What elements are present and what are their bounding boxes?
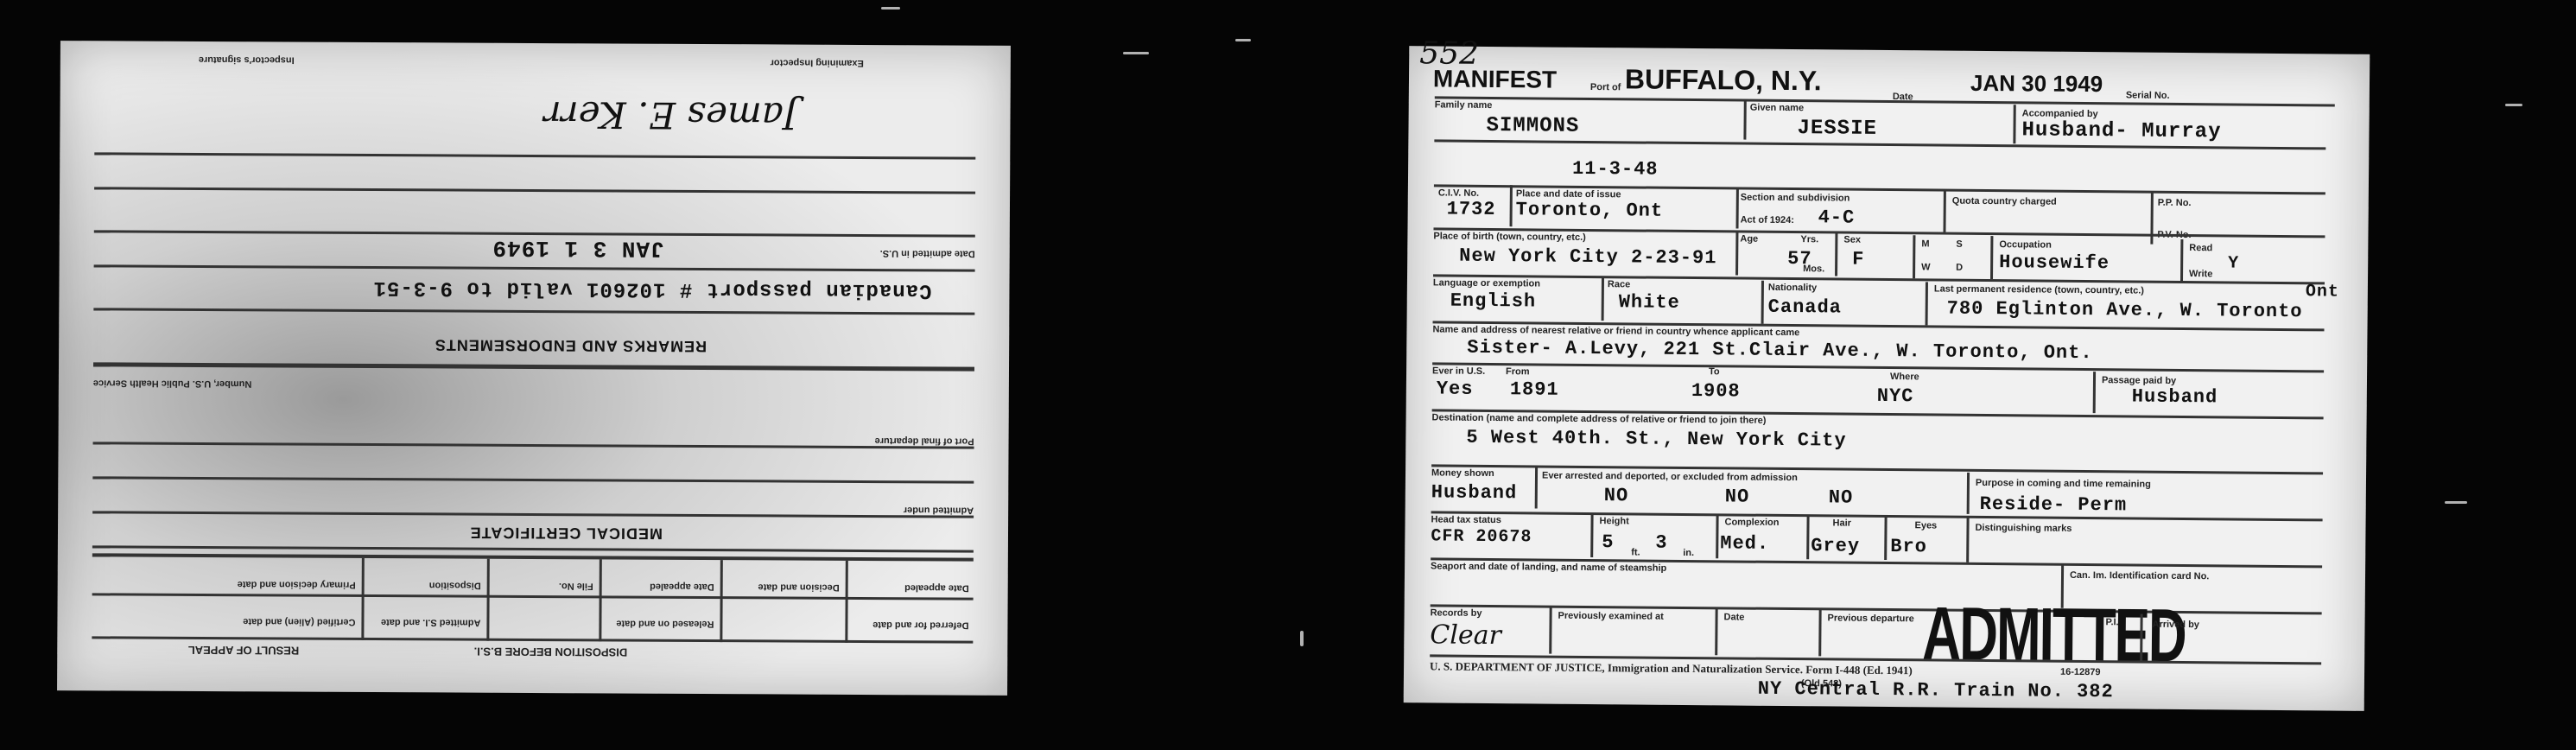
civ-no: 1732 [1447,199,1496,220]
mos-label: Mos. [1803,264,1824,274]
from-label: From [1506,366,1530,377]
arrested-label: Ever arrested and deported, or excluded … [1542,471,1798,484]
rule-line [93,442,974,448]
col-divider [1761,281,1764,324]
where-value: NYC [1877,385,1914,407]
money-value: Husband [1431,481,1518,504]
arrested-value-1: NO [1604,485,1629,506]
act-label: Act of 1924: [1741,215,1794,226]
sex-label: Sex [1843,235,1861,245]
col-divider [1818,609,1821,656]
head-tax-value: CFR 20678 [1431,526,1532,547]
admitted-stamp-date: JAN 3 1 1949 [492,235,663,262]
col-divider [1715,608,1717,655]
in-label: in. [1683,548,1694,558]
residence-overflow: Ont [2306,282,2339,302]
col-divider [1990,236,1993,279]
col-divider [1967,473,1970,514]
passage-value: Husband [2132,385,2218,408]
medical-row2: Certified (Alien) and date [243,616,355,627]
pi-label: P.I. [2105,617,2118,627]
date-value: JAN 30 1949 [1970,70,2103,98]
to-label: To [1709,366,1720,377]
eyes-value: Bro [1890,536,1927,557]
accompanied-by: Husband- Murray [2021,118,2221,143]
medical-row2: Deferred for and date [872,620,968,631]
pp-label: P.P. No. [2158,198,2192,208]
to-value: 1908 [1691,380,1741,402]
race-value: White [1619,291,1680,314]
medical-row2: Released on and date [616,619,714,630]
occupation-label: Occupation [1999,239,2052,251]
col-divider [1590,514,1593,557]
prev-date-label: Date [1724,612,1745,622]
residence-value: 780 Eglinton Ave., W. Toronto [1947,298,2303,323]
film-speck [2505,104,2522,106]
col-divider [1602,277,1604,321]
where-label: Where [1890,372,1919,382]
col-divider [1884,517,1887,560]
yrs-label: Yrs. [1800,234,1818,245]
medical-col: Decision and date [758,582,840,592]
col-divider [2093,372,2096,413]
sex-value: F [1852,249,1864,270]
money-label: Money shown [1431,467,1494,479]
complexion-value: Med. [1720,532,1769,554]
col-divider [1743,101,1746,140]
quota-label: Quota country charged [1952,196,2057,207]
col-divider [2013,105,2015,143]
medical-col: File No. [559,581,593,591]
marital-s: S [1956,239,1962,250]
read-write-value: Y [2228,253,2239,273]
rule-line [94,264,975,271]
col-divider [1716,515,1718,558]
section-value: 4-C [1818,207,1856,228]
marital-d: D [1956,263,1963,273]
place-issue: Toronto, Ont [1516,199,1664,221]
col-divider [1735,232,1738,275]
rule-line [92,593,974,600]
serial-label: Serial No. [2126,90,2170,100]
col-divider [1913,235,1915,278]
col-divider [1966,518,1969,562]
ever-in-us-value: Yes [1437,378,1474,399]
purpose-value: Reside- Perm [1980,493,2128,516]
inspector-signature-label: Inspector's signature [199,54,295,66]
visa-date: 11-3-48 [1572,158,1659,181]
destination-label: Destination (name and complete address o… [1432,412,1767,425]
prev-departure-label: Previous departure [1828,613,1914,624]
col-divider [720,560,722,642]
family-name-label: Family name [1435,99,1493,111]
arrival-note: NY Central R.R. Train No. 382 [1758,678,2114,703]
complexion-label: Complexion [1724,517,1779,528]
arrested-value-3: NO [1829,486,1854,508]
col-divider [2180,239,2183,283]
col-divider [1736,187,1739,228]
family-name: SIMMONS [1486,114,1579,138]
prev-exam-label: Previously examined at [1558,611,1664,622]
from-value: 1891 [1510,378,1559,400]
inspector-signature: James E. Kerr [543,93,797,137]
marital-w: W [1921,262,1930,272]
passport-note: Canadian passport # 102601 valid to 9-3-… [373,276,932,302]
nationality-label: Nationality [1768,283,1817,293]
rule-line [94,152,975,159]
head-tax-label: Head tax status [1431,514,1501,525]
height-in: 3 [1655,532,1667,554]
hair-value: Grey [1811,535,1860,556]
rule-line [1431,511,2323,521]
film-speck [881,7,900,10]
rule-line [93,308,974,315]
ft-label: ft. [1631,547,1640,557]
section-label: Section and subdivision [1741,193,1850,204]
marital-m: M [1921,238,1929,249]
col-divider [1535,467,1538,508]
marks-label: Distinguishing marks [1975,523,2072,534]
height-label: Height [1599,516,1628,526]
can-id-label: Can. Im. Identification card No. [2070,570,2209,582]
records-label: Records by [1431,607,1482,619]
write-label: Write [2189,269,2212,279]
ever-in-us-label: Ever in U.S. [1432,365,1485,377]
rule-line [92,553,974,561]
eyes-label: Eyes [1914,520,1937,531]
language-value: English [1450,290,1537,313]
place-issue-label: Place and date of issue [1516,188,1621,200]
medical-col: Date appealed [650,582,714,592]
birth-value: New York City 2-23-91 [1459,245,1716,270]
port-departure-label: Port of final departure [875,435,974,447]
passage-label: Passage paid by [2102,375,2176,386]
admitted-stamp: ADMITTED [1922,591,2186,679]
rule-line [1435,96,2335,106]
film-speck [1300,631,1304,646]
admitted-under-label: Admitted under [904,505,974,515]
rule-line [92,545,974,552]
given-name: JESSIE [1797,117,1877,141]
civ-label: C.I.V. No. [1438,187,1479,198]
medical-row2: Admitted S.I. and date [381,617,481,628]
seaport-label: Seaport and date of landing, and name of… [1431,561,1666,573]
language-label: Language or exemption [1433,277,1540,289]
given-name-label: Given name [1750,103,1804,114]
rule-line [1432,362,2324,372]
rule-line [92,476,974,483]
read-label: Read [2189,243,2212,253]
destination-value: 5 West 40th. St., New York City [1466,427,1846,452]
card-back-content: Inspector's signature Examining Inspecto… [57,41,1011,696]
relative-value: Sister- A.Levy, 221 St.Clair Ave., W. To… [1467,337,2093,364]
form-code: 16-12879 [2060,667,2101,677]
disposition-label: DISPOSITION BEFORE B.S.I. [474,645,628,659]
card-back: Inspector's signature Examining Inspecto… [57,41,1011,696]
medical-col: Disposition [429,580,481,590]
rule-line [92,636,973,643]
film-speck [1235,39,1251,41]
rule-line [92,511,974,518]
admitted-date-label: Date admitted in U.S. [880,248,975,259]
arrived-label: Arrived by [2152,620,2199,630]
col-divider [845,561,847,643]
col-divider [1806,516,1809,559]
medical-col: Date appealed [904,582,969,593]
height-ft: 5 [1602,531,1614,553]
examining-inspector-label: Examining Inspector [771,57,864,68]
residence-label: Last permanent residence (town, country,… [1934,283,2144,296]
port-label: Port of [1590,82,1621,92]
remarks-title: REMARKS AND ENDORSEMENTS [435,335,707,355]
col-divider [1510,185,1513,226]
col-divider [486,559,489,641]
birth-label: Place of birth (town, country, etc.) [1433,231,1586,243]
appeal-result-label: RESULT OF APPEAL [188,644,300,658]
rule-line [93,362,974,371]
col-divider [599,559,601,641]
card-front-manifest: 552 MANIFEST Port of BUFFALO, N.Y. Date … [1404,46,2370,711]
col-divider [1835,232,1837,276]
records-value: Clear [1430,620,1501,651]
hair-label: Hair [1832,518,1851,528]
rule-line [94,187,975,194]
port-value: BUFFALO, N.Y. [1625,63,1822,97]
col-divider [2140,614,2142,661]
manifest-label: MANIFEST [1433,65,1557,93]
relative-label: Name and address of nearest relative or … [1432,324,1799,338]
col-divider [361,558,364,640]
col-divider [1926,282,1928,325]
nationality-value: Canada [1768,296,1842,319]
film-speck [1123,52,1149,54]
race-label: Race [1608,279,1630,289]
arrested-value-2: NO [1725,486,1750,507]
form-footer: U. S. DEPARTMENT OF JUSTICE, Immigration… [1430,659,1913,677]
purpose-label: Purpose in coming and time remaining [1976,478,2151,490]
col-divider [1549,607,1551,654]
accompanied-label: Accompanied by [2022,108,2098,119]
medical-certificate-title: MEDICAL CERTIFICATE [470,524,663,543]
phs-number-label: Number, U.S. Public Health Service [93,378,251,389]
age-label: Age [1740,234,1758,245]
film-speck [2445,501,2467,504]
occupation-value: Housewife [1999,251,2110,274]
col-divider [1943,191,1945,232]
medical-col: Primary decision and date [238,579,356,590]
